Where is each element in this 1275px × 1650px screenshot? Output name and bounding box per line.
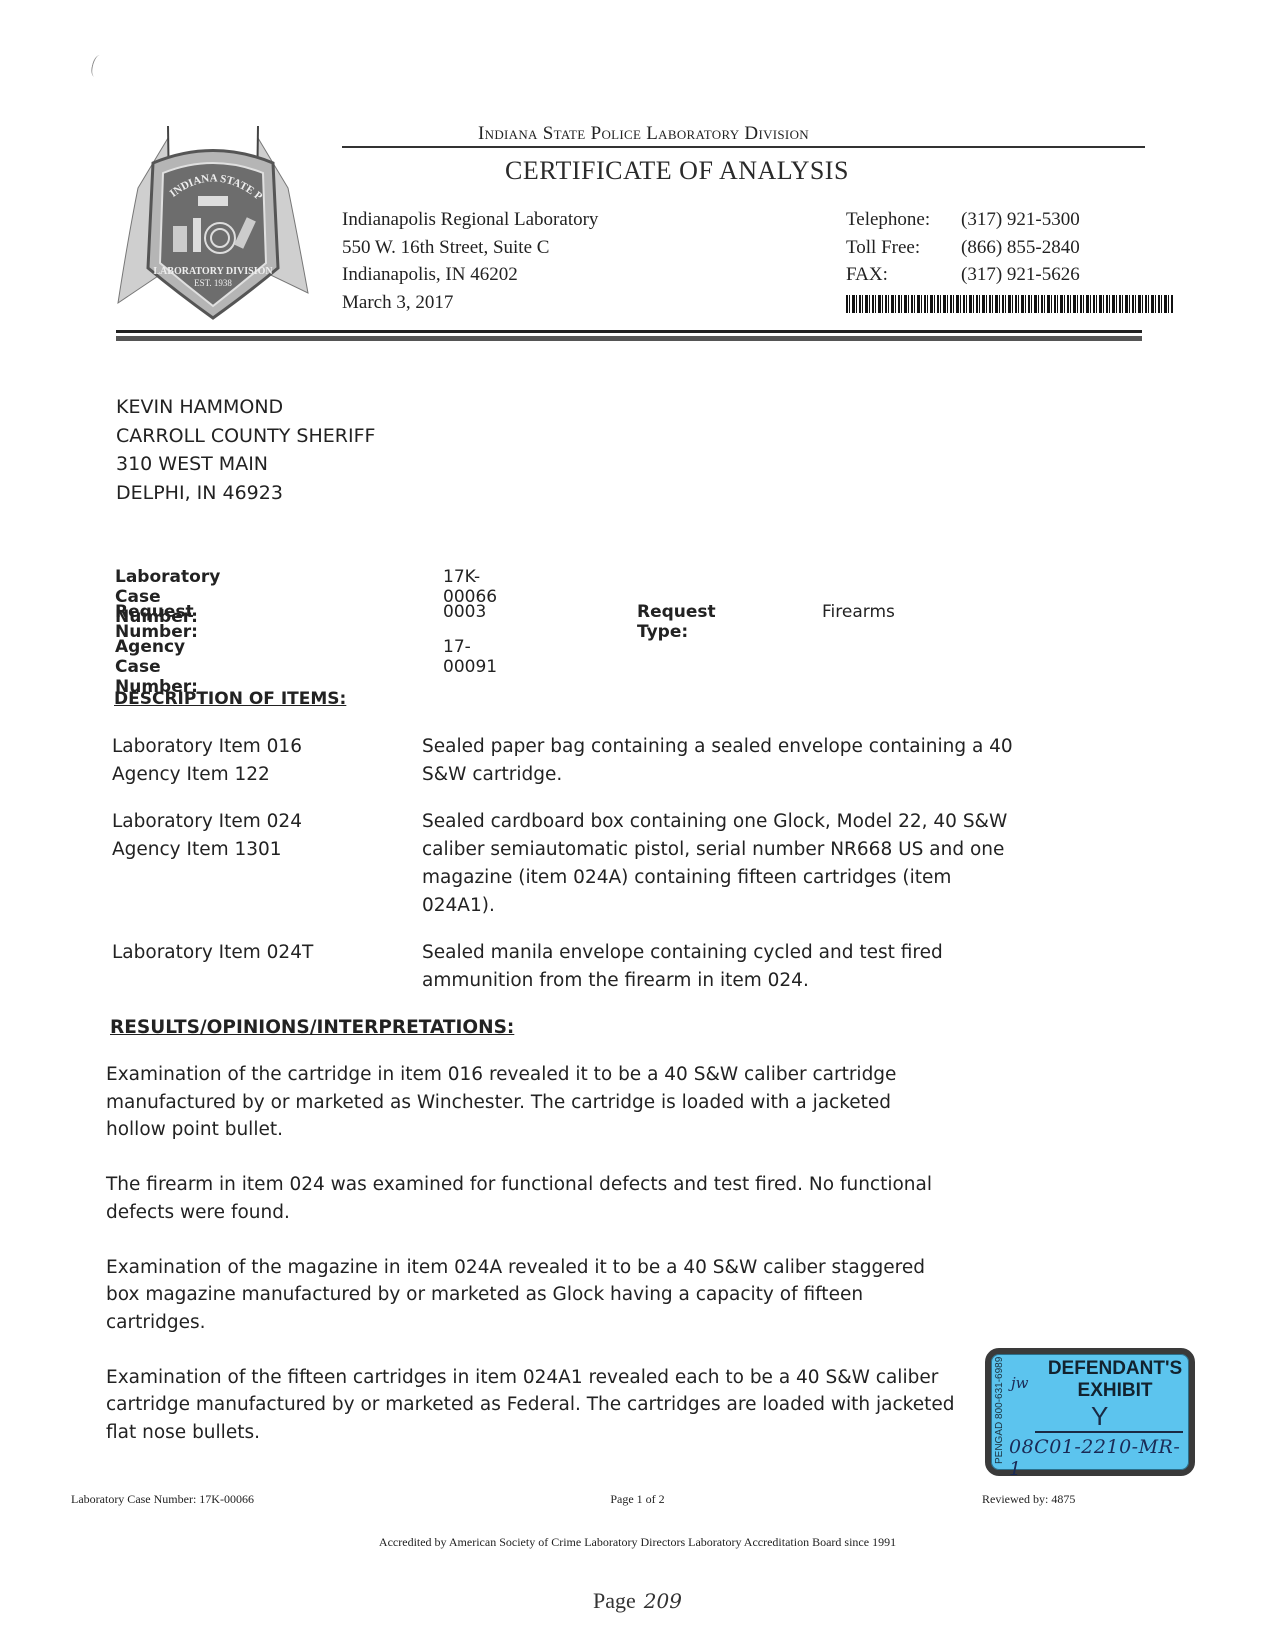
page-stamp-number: 209 [644,1589,682,1613]
sticker-initials: jw [1011,1374,1029,1392]
items-list: Laboratory Item 016 Agency Item 122 Seal… [112,733,1022,1014]
request-number-value: 0003 [443,602,486,622]
contact-toll-free: Toll Free: (866) 855-2840 [846,234,1080,262]
description-heading: DESCRIPTION OF ITEMS: [114,689,346,709]
exhibit-sticker: PENGAD 800-631-6989 jw DEFENDANT'S EXHIB… [985,1348,1195,1476]
exhibit-letter: Y [1091,1401,1108,1432]
request-type-value: Firearms [822,602,895,622]
item-description: Sealed cardboard box containing one Gloc… [422,808,1022,920]
item-row: Laboratory Item 016 Agency Item 122 Seal… [112,733,1022,789]
addressee-name: KEVIN HAMMOND [116,393,375,422]
agency-case-label: Agency Case Number: [115,637,198,697]
sticker-vendor: PENGAD 800-631-6989 [994,1352,1005,1464]
item-description: Sealed paper bag containing a sealed env… [422,733,1022,789]
agency-item-id: Agency Item 122 [112,761,412,789]
lab-item-id: Laboratory Item 016 [112,733,412,761]
footer-reviewer: Reviewed by: 4875 [982,1492,1075,1507]
contact-fax: FAX: (317) 921-5626 [846,261,1080,289]
lab-city: Indianapolis, IN 46202 [342,261,598,289]
lab-case-value: 17K-00066 [443,567,497,607]
lab-name: Indianapolis Regional Laboratory [342,206,598,234]
svg-text:EST. 1938: EST. 1938 [194,278,232,288]
addressee-street: 310 WEST MAIN [116,450,375,479]
agency-item-id: Agency Item 1301 [112,836,412,864]
item-row: Laboratory Item 024 Agency Item 1301 Sea… [112,808,1022,920]
document-title: CERTIFICATE OF ANALYSIS [505,156,849,186]
header-divider [342,146,1145,148]
request-type-label: Request Type: [637,602,716,642]
accreditation-note: Accredited by American Society of Crime … [0,1535,1275,1550]
lab-street: 550 W. 16th Street, Suite C [342,234,598,262]
result-paragraph: Examination of the fifteen cartridges in… [106,1364,956,1447]
results-body: Examination of the cartridge in item 016… [106,1061,956,1474]
contact-telephone: Telephone: (317) 921-5300 [846,206,1080,234]
agency-case-value: 17-00091 [443,637,497,677]
lab-item-id: Laboratory Item 024T [112,939,412,967]
division-title: Indiana State Police Laboratory Division [478,123,809,145]
sticker-title: DEFENDANT'S EXHIBIT [1035,1358,1195,1402]
addressee-city: DELPHI, IN 46923 [116,479,375,508]
result-paragraph: Examination of the cartridge in item 016… [106,1061,956,1144]
sticker-line [1035,1431,1183,1433]
results-heading: RESULTS/OPINIONS/INTERPRETATIONS: [110,1017,514,1038]
scan-artifact [89,54,104,78]
addressee-org: CARROLL COUNTY SHERIFF [116,422,375,451]
barcode [846,295,1173,313]
page-stamp: Page209 [0,1588,1275,1614]
police-lab-badge-icon: INDIANA STATE POLICE LABORATORY DIVISION… [108,118,318,328]
header-rule [116,330,1142,333]
page-stamp-label: Page [593,1588,636,1613]
lab-item-id: Laboratory Item 024 [112,808,412,836]
lab-contacts: Telephone: (317) 921-5300 Toll Free: (86… [846,206,1080,289]
header-rule-double [116,336,1142,341]
result-paragraph: Examination of the magazine in item 024A… [106,1254,956,1337]
item-row: Laboratory Item 024T Sealed manila envel… [112,939,1022,995]
addressee: KEVIN HAMMOND CARROLL COUNTY SHERIFF 310… [116,393,375,507]
svg-text:LABORATORY DIVISION: LABORATORY DIVISION [153,266,273,277]
report-date: March 3, 2017 [342,289,598,317]
request-number-label: Request Number: [115,602,198,642]
lab-address: Indianapolis Regional Laboratory 550 W. … [342,206,598,316]
result-paragraph: The firearm in item 024 was examined for… [106,1171,956,1226]
footer-page-number: Page 1 of 2 [0,1492,1275,1507]
item-description: Sealed manila envelope containing cycled… [422,939,1022,995]
exhibit-case-ref: 08C01-2210-MR-1 [1009,1436,1189,1480]
